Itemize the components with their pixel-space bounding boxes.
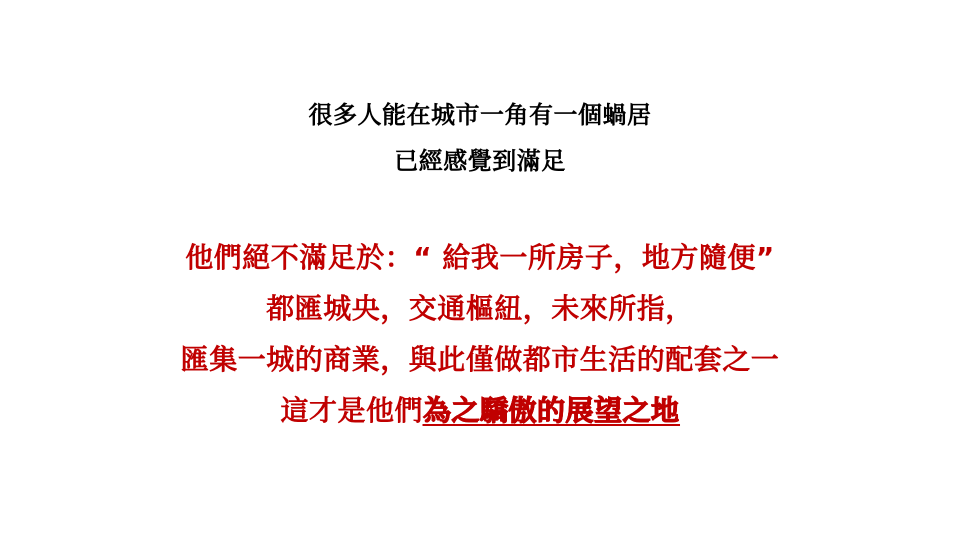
emphasis-line-4-prefix: 這才是他們	[280, 394, 423, 427]
emphasis-text-block: 他們絕不滿足於：“ 給我一所房子，地方隨便” 都匯城央，交通樞紐，未來所指， 匯…	[0, 232, 960, 436]
intro-line-2: 已經感覺到滿足	[0, 138, 960, 184]
emphasis-line-4: 這才是他們為之驕傲的展望之地	[0, 385, 960, 436]
intro-line-1: 很多人能在城市一角有一個蝸居	[0, 92, 960, 138]
emphasis-line-3: 匯集一城的商業，與此僅做都市生活的配套之一	[0, 334, 960, 385]
emphasis-line-2: 都匯城央，交通樞紐，未來所指，	[0, 283, 960, 334]
emphasis-line-4-underlined: 為之驕傲的展望之地	[423, 394, 680, 427]
emphasis-line-1: 他們絕不滿足於：“ 給我一所房子，地方隨便”	[0, 232, 960, 283]
slide: 很多人能在城市一角有一個蝸居 已經感覺到滿足 他們絕不滿足於：“ 給我一所房子，…	[0, 0, 960, 540]
intro-text-block: 很多人能在城市一角有一個蝸居 已經感覺到滿足	[0, 92, 960, 184]
